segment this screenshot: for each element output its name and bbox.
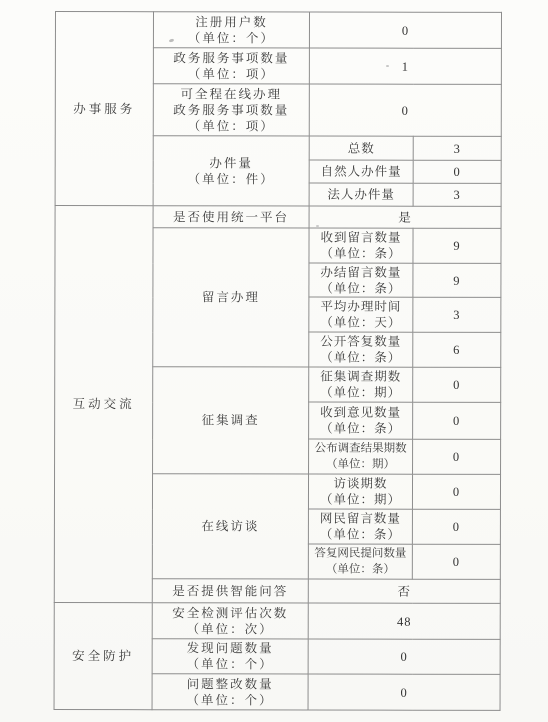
value-cell: 0 — [413, 160, 501, 183]
value-cell: 0 — [413, 402, 501, 439]
sub-label-cell: 收到留言数量 （单位：条） — [309, 228, 413, 263]
value-cell: 0 — [308, 639, 500, 674]
label-cell: 办件量 （单位：件） — [153, 136, 309, 206]
value-cell: 9 — [413, 228, 501, 263]
sub-label-cell: 平均办理时间 （单位：天） — [309, 297, 413, 332]
value-cell: 9 — [413, 263, 501, 297]
label-cell: 可全程在线办理 政务服务事项数量 （单位：项） — [153, 84, 309, 136]
table-row: 互动交流 是否使用统一平台 是 — [55, 206, 501, 229]
sub-label-cell: 答复网民提问数量 （单位：条） — [308, 544, 412, 579]
sub-label-cell: 征集调查期数 （单位：期） — [309, 367, 413, 402]
sub-label-cell: 办结留言数量 （单位：条） — [309, 263, 413, 297]
sub-label-cell: 访谈期数 （单位：期） — [308, 474, 412, 509]
value-cell: 0 — [309, 84, 501, 136]
sub-label-cell: 公布调查结果期数 （单位：期） — [309, 439, 413, 474]
label-cell: 在线访谈 — [152, 474, 308, 579]
value-cell: 3 — [413, 297, 501, 332]
value-cell: 3 — [413, 183, 501, 206]
label-cell: 安全检测评估次数 （单位：次） — [152, 603, 308, 639]
value-cell: 0 — [412, 509, 500, 544]
value-cell: 否 — [308, 579, 500, 603]
value-cell: 48 — [308, 603, 500, 639]
label-cell: 是否提供智能问答 — [152, 579, 308, 603]
label-cell: 政务服务事项数量 （单位：项） — [153, 48, 309, 84]
label-cell: 是否使用统一平台 — [153, 206, 309, 228]
sub-label-cell: 收到意见数量 （单位：条） — [309, 402, 413, 439]
value-cell: 0 — [412, 544, 500, 579]
label-cell: 征集调查 — [153, 367, 309, 474]
category-cell: 互动交流 — [54, 206, 153, 603]
value-cell: 0 — [413, 367, 501, 402]
sub-label-cell: 公开答复数量 （单位：条） — [309, 332, 413, 367]
annual-report-table: 办事服务 注册用户数 （单位：个） 0 政务服务事项数量 （单位：项） 1 可全… — [54, 11, 502, 711]
label-cell: 问题整改数量 （单位：个） — [152, 674, 308, 710]
sub-label-cell: 法人办件量 — [309, 183, 413, 206]
value-cell: 0 — [412, 474, 500, 509]
value-cell: 0 — [308, 674, 500, 710]
label-cell: 注册用户数 （单位：个） — [153, 12, 309, 48]
value-cell: 0 — [309, 12, 501, 48]
table-row: 办事服务 注册用户数 （单位：个） 0 — [55, 12, 501, 49]
label-cell: 发现问题数量 （单位：个） — [152, 639, 308, 674]
sub-label-cell: 网民留言数量 （单位：条） — [308, 509, 412, 544]
sub-label-cell: 自然人办件量 — [309, 160, 413, 183]
value-cell: 0 — [413, 439, 501, 474]
value-cell: 3 — [413, 136, 501, 160]
table-row: 安全防护 安全检测评估次数 （单位：次） 48 — [54, 602, 500, 639]
category-cell: 安全防护 — [54, 602, 152, 709]
label-cell: 留言办理 — [153, 228, 309, 367]
value-cell: 1 — [309, 48, 501, 84]
value-cell: 6 — [413, 332, 501, 367]
value-cell: 是 — [309, 206, 501, 228]
sub-label-cell: 总数 — [309, 136, 413, 160]
category-cell: 办事服务 — [55, 12, 153, 206]
